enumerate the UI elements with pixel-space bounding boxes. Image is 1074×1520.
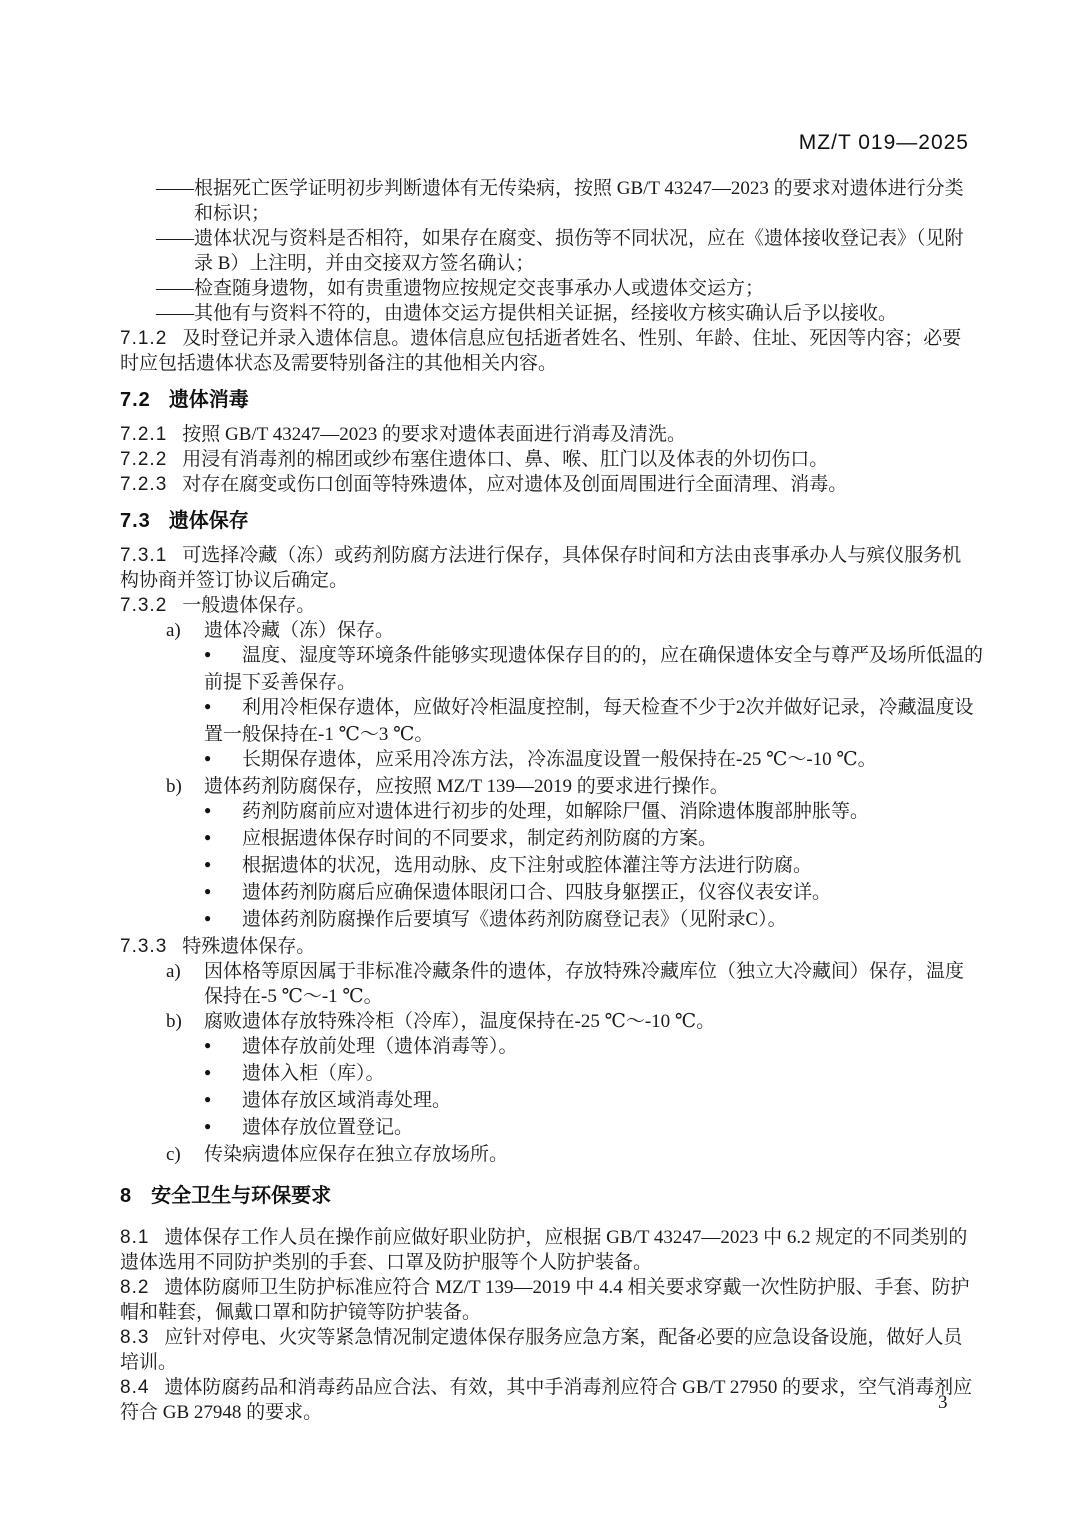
bullet-text: 遗体存放位置登记。 (242, 1117, 413, 1138)
dash-text: 其他有与资料不符的，由遗体交运方提供相关证据，经接收方核实确认后予以接收。 (194, 303, 897, 324)
bullet-text: 根据遗体的状况，选用动脉、皮下注射或腔体灌注等方法进行防腐。 (242, 855, 812, 876)
bullet-icon: ● (204, 642, 242, 667)
heading-7-2: 7.2遗体消毒 (120, 386, 1025, 414)
clause-text: 对存在腐变或伤口创面等特殊遗体，应对遗体及创面周围进行全面清理、消毒。 (182, 474, 847, 495)
list-marker: b) (166, 774, 204, 799)
clause-number: 7.3.2 (120, 595, 167, 616)
clause-8-1: 8.1遗体保存工作人员在操作前应做好职业防护，应根据 GB/T 43247—20… (120, 1225, 1025, 1275)
dash-text: 检查随身遗物，如有贵重遗物应按规定交丧事承办人或遗体交运方； (194, 278, 764, 299)
bullet-text: 遗体存放前处理（遗体消毒等）。 (242, 1036, 518, 1057)
clause-number: 7.1.2 (120, 328, 167, 349)
page-number: 3 (938, 1392, 948, 1414)
dash-marker: —— (156, 278, 194, 299)
bullet-icon: ● (204, 746, 242, 771)
clause-number: 8.2 (120, 1277, 149, 1298)
heading-number: 8 (120, 1185, 131, 1207)
clause-number: 8.4 (120, 1377, 149, 1398)
clause-text: 遗体防腐药品和消毒药品应合法、有效，其中手消毒剂应符合 GB/T 27950 的… (120, 1377, 972, 1423)
bullet-item: ●遗体药剂防腐操作后要填写《遗体药剂防腐登记表》（见附录C）。 (120, 907, 1025, 934)
heading-title: 遗体保存 (169, 510, 249, 532)
bullet-icon: ● (204, 1087, 242, 1112)
list-marker: a) (166, 959, 204, 984)
bullet-item: ●药剂防腐前应对遗体进行初步的处理，如解除尸僵、消除遗体腹部肿胀等。 (120, 799, 1025, 826)
document-body: ——根据死亡医学证明初步判断遗体有无传染病，按照 GB/T 43247—2023… (120, 176, 1025, 1425)
list-text: 因体格等原因属于非标准冷藏条件的遗体，存放特殊冷藏库位（独立大冷藏间）保存，温度… (204, 961, 964, 1007)
clause-8-2: 8.2遗体防腐师卫生防护标准应符合 MZ/T 139—2019 中 4.4 相关… (120, 1275, 1025, 1325)
bullet-icon: ● (204, 825, 242, 850)
dash-marker: —— (156, 178, 194, 199)
clause-text: 应针对停电、火灾等紧急情况制定遗体保存服务应急方案，配备必要的应急设备设施，做好… (120, 1327, 962, 1373)
heading-7-3: 7.3遗体保存 (120, 507, 1025, 535)
bullet-item: ●温度、湿度等环境条件能够实现遗体保存目的的，应在确保遗体安全与尊严及场所低温的… (120, 643, 1025, 695)
dash-item: ——其他有与资料不符的，由遗体交运方提供相关证据，经接收方核实确认后予以接收。 (120, 301, 1025, 326)
list-marker: a) (166, 618, 204, 643)
list-item-c: c)传染病遗体应保存在独立存放场所。 (120, 1142, 1025, 1167)
bullet-text: 遗体药剂防腐操作后要填写《遗体药剂防腐登记表》（见附录C）。 (242, 909, 787, 930)
bullet-text: 应根据遗体保存时间的不同要求，制定药剂防腐的方案。 (242, 828, 717, 849)
clause-8-4: 8.4遗体防腐药品和消毒药品应合法、有效，其中手消毒剂应符合 GB/T 2795… (120, 1375, 1025, 1425)
bullet-text: 长期保存遗体，应采用冷冻方法，冷冻温度设置一般保持在-25 ℃～-10 ℃。 (242, 749, 877, 770)
heading-number: 7.3 (120, 510, 151, 532)
bullet-text: 遗体药剂防腐后应确保遗体眼闭口合、四肢身躯摆正，仪容仪表安详。 (242, 882, 831, 903)
bullet-icon: ● (204, 694, 242, 719)
bullet-item: ●根据遗体的状况，选用动脉、皮下注射或腔体灌注等方法进行防腐。 (120, 853, 1025, 880)
bullet-icon: ● (204, 1060, 242, 1085)
bullet-item: ●利用冷柜保存遗体，应做好冷柜温度控制，每天检查不少于2次并做好记录，冷藏温度设… (120, 695, 1025, 747)
clause-number: 7.2.2 (120, 449, 167, 470)
list-text: 传染病遗体应保存在独立存放场所。 (204, 1144, 508, 1165)
list-text: 腐败遗体存放特殊冷柜（冷库），温度保持在-25 ℃～-10 ℃。 (204, 1011, 715, 1032)
clause-8-3: 8.3应针对停电、火灾等紧急情况制定遗体保存服务应急方案，配备必要的应急设备设施… (120, 1325, 1025, 1375)
clause-number: 8.1 (120, 1227, 149, 1248)
clause-number: 8.3 (120, 1327, 149, 1348)
clause-text: 可选择冷藏（冻）或药剂防腐方法进行保存，具体保存时间和方法由丧事承办人与殡仪服务… (120, 545, 961, 591)
bullet-item: ●遗体存放位置登记。 (120, 1115, 1025, 1142)
clause-text: 及时登记并录入遗体信息。遗体信息应包括逝者姓名、性别、年龄、住址、死因等内容；必… (120, 328, 961, 374)
bullet-text: 温度、湿度等环境条件能够实现遗体保存目的的，应在确保遗体安全与尊严及场所低温的 … (204, 645, 983, 693)
list-marker: b) (166, 1009, 204, 1034)
clause-7-2-1: 7.2.1按照 GB/T 43247—2023 的要求对遗体表面进行消毒及清洗。 (120, 422, 1025, 447)
bullet-icon: ● (204, 1033, 242, 1058)
dash-item: ——遗体状况与资料是否相符，如果存在腐变、损伤等不同状况，应在《遗体接收登记表》… (120, 226, 1025, 276)
bullet-icon: ● (204, 879, 242, 904)
dash-marker: —— (156, 228, 194, 249)
clause-7-3-2: 7.3.2一般遗体保存。 (120, 593, 1025, 618)
clause-number: 7.3.3 (120, 936, 167, 957)
clause-text: 用浸有消毒剂的棉团或纱布塞住遗体口、鼻、喉、肛门以及体表的外切伤口。 (182, 449, 828, 470)
document-code: MZ/T 019—2025 (799, 131, 969, 155)
clause-7-1-2: 7.1.2及时登记并录入遗体信息。遗体信息应包括逝者姓名、性别、年龄、住址、死因… (120, 326, 1025, 376)
list-item-b: b)遗体药剂防腐保存，应按照 MZ/T 139—2019 的要求进行操作。 (120, 774, 1025, 799)
heading-8: 8安全卫生与环保要求 (120, 1181, 1025, 1211)
clause-7-3-3: 7.3.3特殊遗体保存。 (120, 934, 1025, 959)
clause-text: 遗体防腐师卫生防护标准应符合 MZ/T 139—2019 中 4.4 相关要求穿… (120, 1277, 969, 1323)
bullet-text: 遗体入柜（库）。 (242, 1063, 385, 1084)
clause-text: 特殊遗体保存。 (182, 936, 315, 957)
list-item-a: a)因体格等原因属于非标准冷藏条件的遗体，存放特殊冷藏库位（独立大冷藏间）保存，… (120, 959, 1025, 1009)
heading-number: 7.2 (120, 389, 151, 411)
heading-title: 遗体消毒 (169, 389, 249, 411)
dash-item: ——根据死亡医学证明初步判断遗体有无传染病，按照 GB/T 43247—2023… (120, 176, 1025, 226)
bullet-item: ●遗体存放前处理（遗体消毒等）。 (120, 1034, 1025, 1061)
dash-text: 遗体状况与资料是否相符，如果存在腐变、损伤等不同状况，应在《遗体接收登记表》（见… (194, 228, 964, 274)
dash-item: ——检查随身遗物，如有贵重遗物应按规定交丧事承办人或遗体交运方； (120, 276, 1025, 301)
bullet-item: ●遗体入柜（库）。 (120, 1061, 1025, 1088)
clause-number: 7.2.3 (120, 474, 167, 495)
heading-title: 安全卫生与环保要求 (151, 1185, 331, 1207)
dash-marker: —— (156, 303, 194, 324)
clause-text: 遗体保存工作人员在操作前应做好职业防护，应根据 GB/T 43247—2023 … (120, 1227, 967, 1273)
bullet-item: ●遗体药剂防腐后应确保遗体眼闭口合、四肢身躯摆正，仪容仪表安详。 (120, 880, 1025, 907)
document-page: MZ/T 019—2025 ——根据死亡医学证明初步判断遗体有无传染病，按照 G… (0, 0, 1074, 1520)
clause-7-2-2: 7.2.2用浸有消毒剂的棉团或纱布塞住遗体口、鼻、喉、肛门以及体表的外切伤口。 (120, 447, 1025, 472)
clause-number: 7.2.1 (120, 424, 167, 445)
bullet-item: ●应根据遗体保存时间的不同要求，制定药剂防腐的方案。 (120, 826, 1025, 853)
clause-7-3-1: 7.3.1可选择冷藏（冻）或药剂防腐方法进行保存，具体保存时间和方法由丧事承办人… (120, 543, 1025, 593)
clause-text: 按照 GB/T 43247—2023 的要求对遗体表面进行消毒及清洗。 (182, 424, 686, 445)
list-text: 遗体冷藏（冻）保存。 (204, 620, 394, 641)
bullet-text: 药剂防腐前应对遗体进行初步的处理，如解除尸僵、消除遗体腹部肿胀等。 (242, 801, 869, 822)
bullet-icon: ● (204, 798, 242, 823)
bullet-icon: ● (204, 906, 242, 931)
list-text: 遗体药剂防腐保存，应按照 MZ/T 139—2019 的要求进行操作。 (204, 776, 729, 797)
list-marker: c) (166, 1142, 204, 1167)
bullet-text: 遗体存放区域消毒处理。 (242, 1090, 451, 1111)
bullet-icon: ● (204, 852, 242, 877)
clause-number: 7.3.1 (120, 545, 167, 566)
dash-text: 根据死亡医学证明初步判断遗体有无传染病，按照 GB/T 43247—2023 的… (194, 178, 964, 224)
bullet-item: ●遗体存放区域消毒处理。 (120, 1088, 1025, 1115)
bullet-item: ●长期保存遗体，应采用冷冻方法，冷冻温度设置一般保持在-25 ℃～-10 ℃。 (120, 747, 1025, 774)
bullet-text: 利用冷柜保存遗体，应做好冷柜温度控制，每天检查不少于2次并做好记录，冷藏温度设 … (204, 697, 974, 745)
bullet-icon: ● (204, 1114, 242, 1139)
list-item-a: a)遗体冷藏（冻）保存。 (120, 618, 1025, 643)
clause-text: 一般遗体保存。 (182, 595, 315, 616)
list-item-b: b)腐败遗体存放特殊冷柜（冷库），温度保持在-25 ℃～-10 ℃。 (120, 1009, 1025, 1034)
clause-7-2-3: 7.2.3对存在腐变或伤口创面等特殊遗体，应对遗体及创面周围进行全面清理、消毒。 (120, 472, 1025, 497)
